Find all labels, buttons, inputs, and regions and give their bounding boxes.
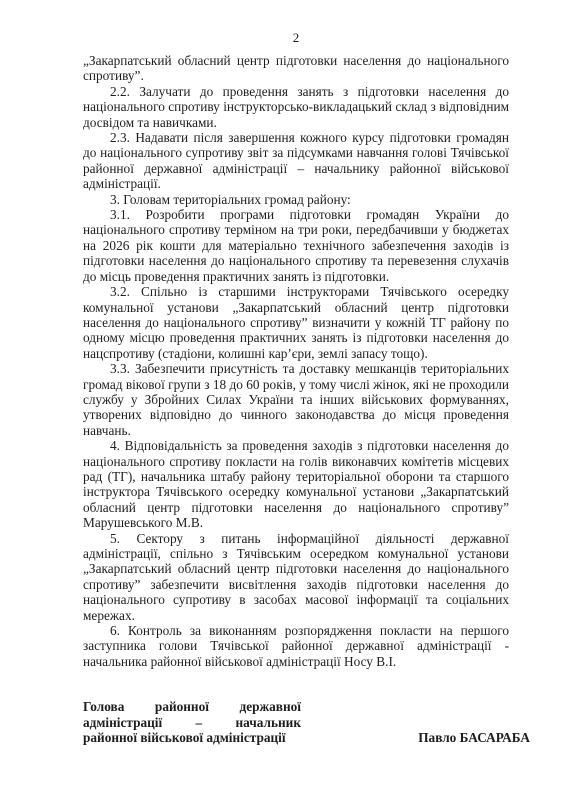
- paragraph: 3. Головам територіальних громад району:: [83, 192, 509, 207]
- paragraph: 5. Сектору з питань інформаційної діяльн…: [83, 531, 509, 623]
- signature-title-line: Голова районної державної: [83, 699, 301, 714]
- paragraph: „Закарпатський обласний центр підготовки…: [83, 53, 509, 84]
- document-body: „Закарпатський обласний центр підготовки…: [83, 53, 509, 745]
- signature-title-line: адміністрації – начальник: [83, 715, 301, 730]
- signature-name: Павло БАСАРАБА: [418, 730, 530, 745]
- page-number: 2: [83, 30, 509, 45]
- paragraph: 4. Відповідальність за проведення заході…: [83, 438, 509, 530]
- signature-title-line: районної військової адміністрації: [83, 730, 301, 745]
- paragraph: 2.3. Надавати після завершення кожного к…: [83, 130, 509, 192]
- paragraph: 2.2. Залучати до проведення занять з під…: [83, 84, 509, 130]
- signature-block: Голова районної державної адміністрації …: [83, 699, 530, 745]
- paragraph: 3.1. Розробити програми підготовки грома…: [83, 207, 509, 284]
- document-page: 2 „Закарпатський обласний центр підготов…: [0, 0, 566, 800]
- signature-title: Голова районної державної адміністрації …: [83, 699, 301, 745]
- paragraph: 3.3. Забезпечити присутність та доставку…: [83, 361, 509, 438]
- paragraph: 6. Контроль за виконанням розпорядження …: [83, 623, 509, 669]
- paragraph: 3.2. Спільно із старшими інструкторами Т…: [83, 284, 509, 361]
